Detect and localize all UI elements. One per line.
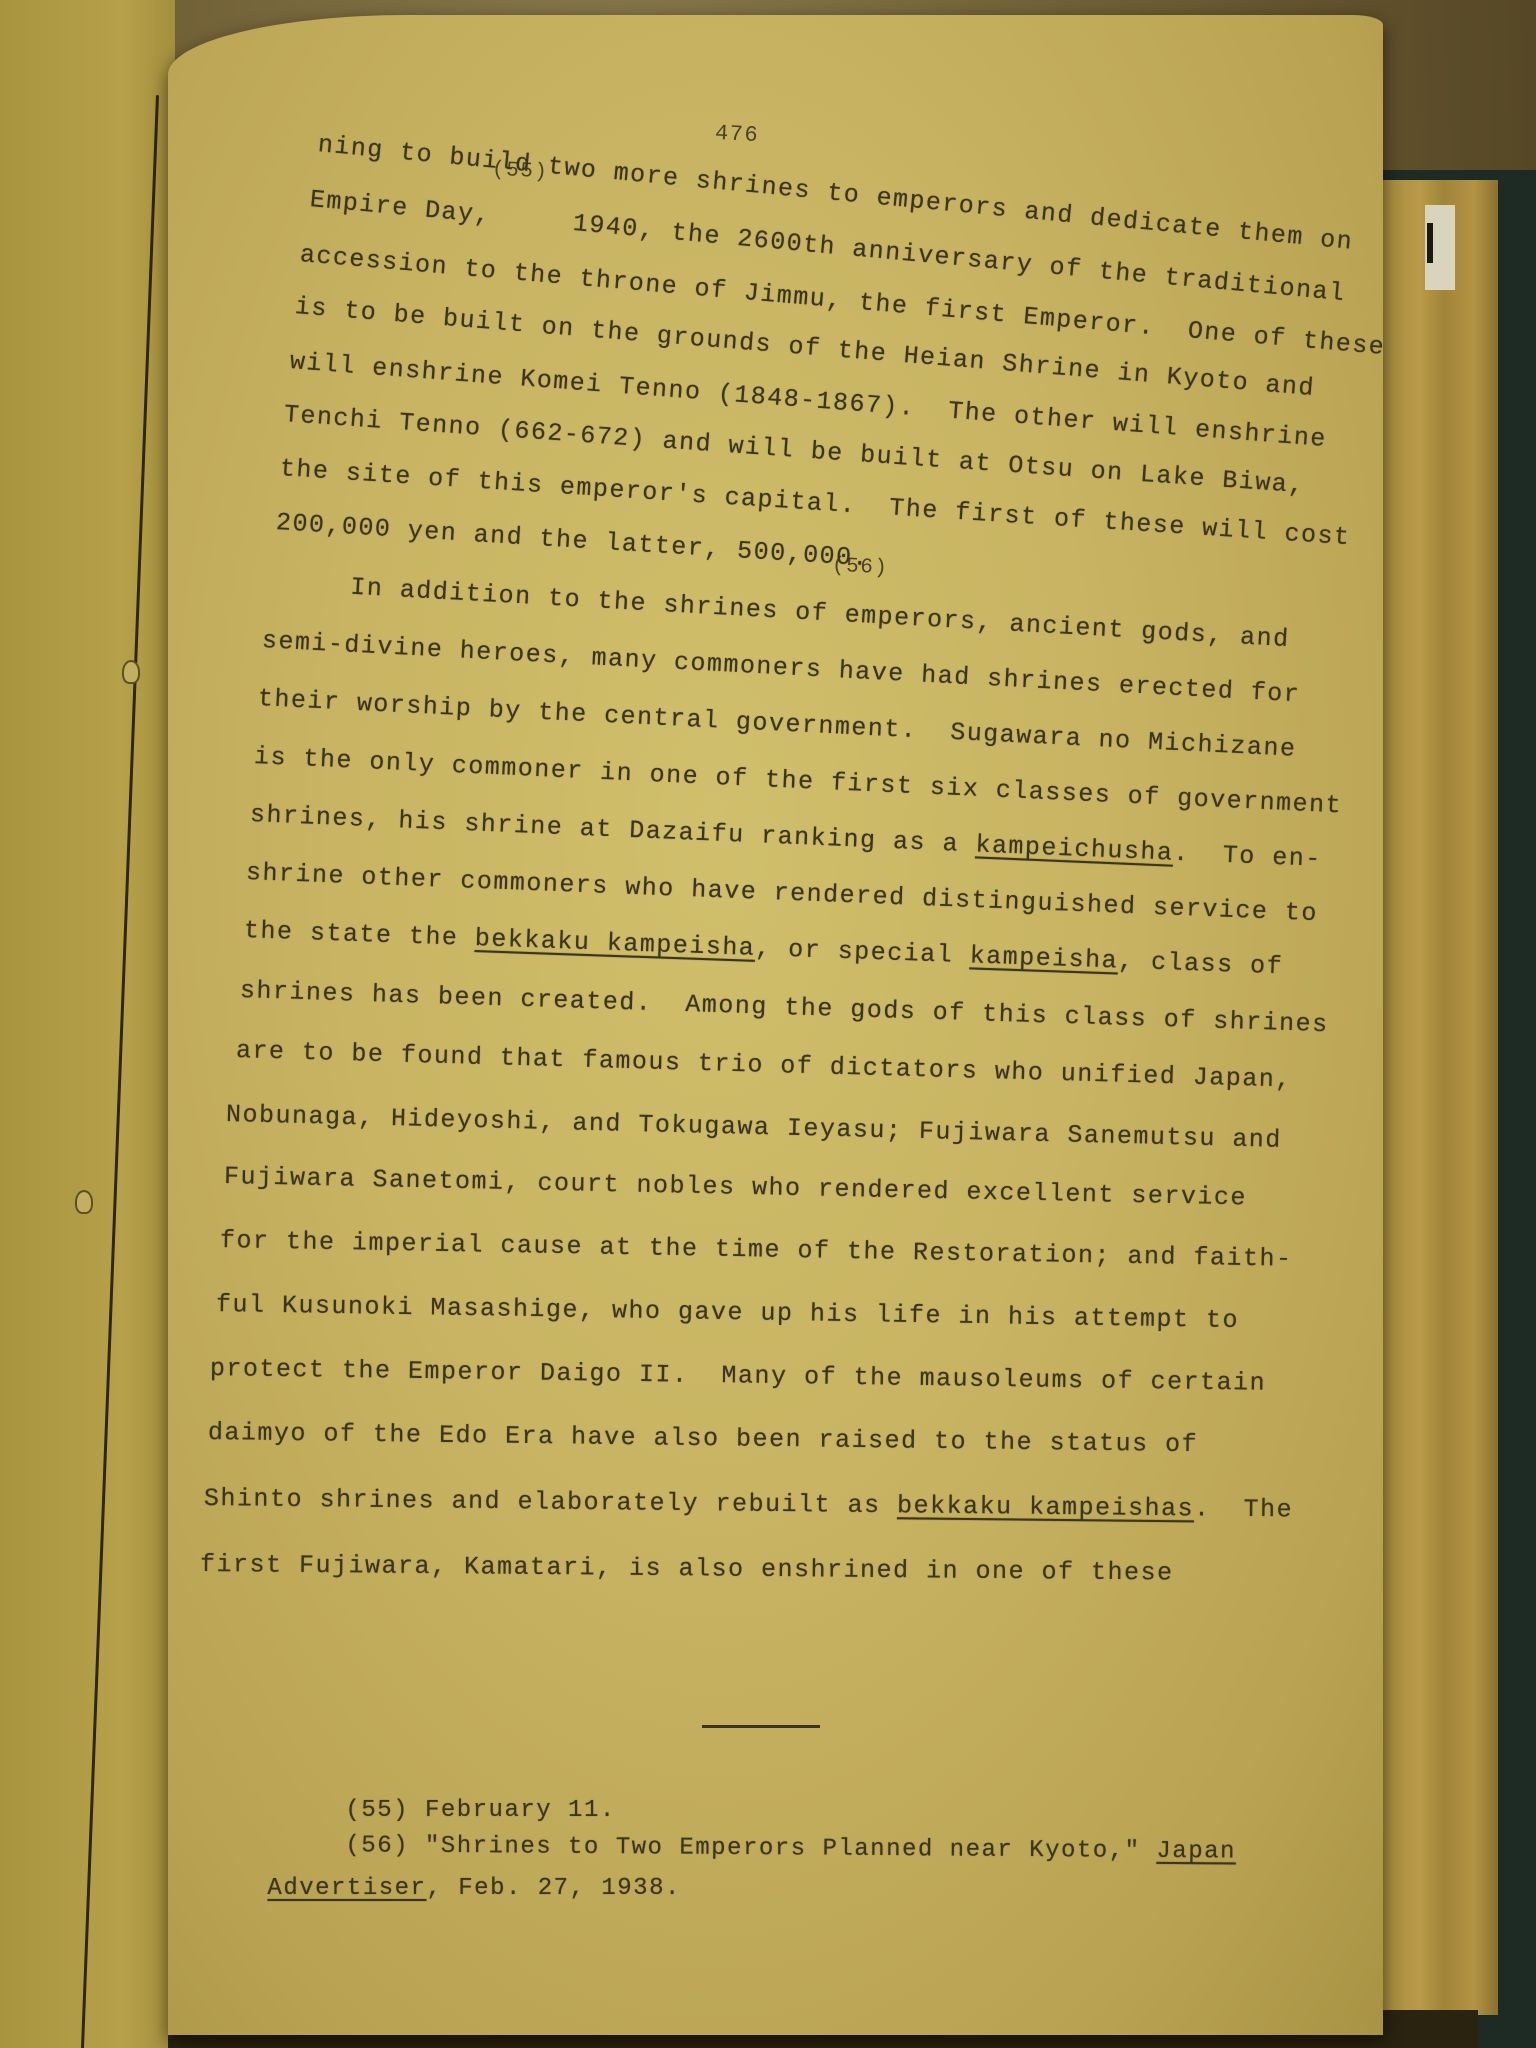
term-bekkaku-kampeishas: bekkaku kampeishas [897,1491,1194,1523]
footnote-56-continued: Advertiser, Feb. 27, 1938. [172,1848,681,1929]
body-line: the state the bekkaku kampeisha, or spec… [243,916,1283,981]
term-bekkaku-kampeisha: bekkaku kampeisha [474,924,755,963]
body-line: Fujiwara Sanetomi, court nobles who rend… [224,1162,1248,1212]
body-line: 200,000 yen and the latter, 500,000. [275,508,870,573]
term-kampeichusha: kampeichusha [975,830,1174,867]
body-line: shrine other commoners who have rendered… [245,858,1318,928]
body-line: protect the Emperor Daigo II. Many of th… [210,1354,1266,1398]
body-line: shrines has been created. Among the gods… [240,976,1330,1039]
body-line: ful Kusunoki Masashige, who gave up his … [216,1290,1239,1335]
citation-advertiser: Advertiser [267,1875,426,1902]
term-kampeisha: kampeisha [969,941,1118,975]
page-number: 476 [714,121,759,148]
citation-japan: Japan [1156,1838,1236,1866]
body-line: first Fujiwara, Kamatari, is also enshri… [200,1550,1174,1587]
body-line: daimyo of the Edo Era have also been rai… [208,1418,1198,1459]
body-line: for the imperial cause at the time of th… [220,1226,1293,1274]
body-line: Nobunaga, Hideyoshi, and Tokugawa Ieyasu… [226,1100,1283,1155]
footnote-divider [702,1725,820,1728]
body-line: are to be found that famous trio of dict… [236,1036,1293,1094]
body-line: Shinto shrines and elaborately rebuilt a… [204,1484,1293,1524]
page-text: 476 (55) (56) ning to build two more shr… [0,0,1536,2048]
photo-scene: 476 (55) (56) ning to build two more shr… [0,0,1536,2048]
